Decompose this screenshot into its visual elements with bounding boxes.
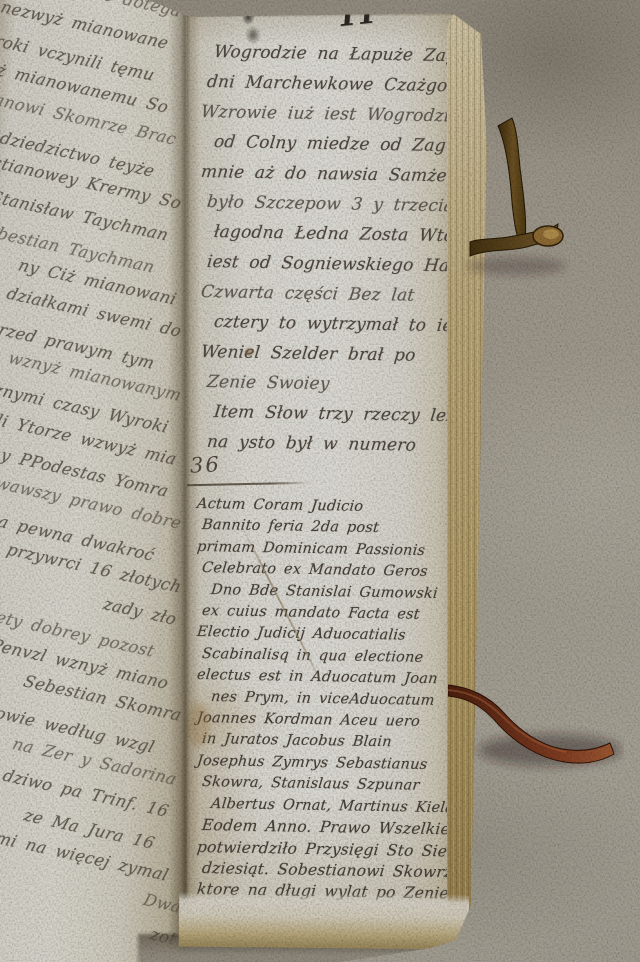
manuscript-line: Weniel Szelder brał po <box>199 337 452 371</box>
stain-dot <box>245 348 253 356</box>
left-page-text: wane dotegaawa nezwyż mianowaneo wyroki … <box>0 0 181 956</box>
right-page: Wogrodzie na Łapuże Zagrodni Marchewkowe… <box>187 13 452 942</box>
manuscript-line: cztery to wytrzymał to iest <box>212 307 452 341</box>
manuscript-line: mnie aż do nawsia Samże <box>199 157 452 191</box>
manuscript-line: było Szczepow 3 y trzecia <box>205 187 452 221</box>
entry-1-text: Wogrodzie na Łapuże Zagrodni Marchewkowe… <box>201 37 451 457</box>
spine-gutter <box>168 0 200 962</box>
left-page: wane dotegaawa nezwyż mianowaneo wyroki … <box>0 0 188 962</box>
manuscript-line: Zenie Swoiey <box>205 367 452 401</box>
manuscript-line: iest od Sogniewskiego Hanusa <box>205 247 452 281</box>
manuscript-line: na ysto był w numero <box>205 427 452 461</box>
leather-tie-bottom <box>448 682 624 806</box>
archival-photo: wane dotegaawa nezwyż mianowaneo wyroki … <box>0 0 640 962</box>
entry-divider <box>187 482 309 487</box>
manuscript-line: Wzrowie iuż iest Wogrodzie <box>199 97 452 131</box>
manuscript-line: dni Marchewkowe Czażgor <box>205 67 452 101</box>
manuscript-line: łagodna Łedna Zosta Wtora <box>212 217 452 251</box>
manuscript-line: Czwarta części Bez lat <box>199 277 452 311</box>
entry-2-text: Actum Coram JudicioBannito feria 2da pos… <box>197 494 449 944</box>
manuscript-line: Item Słow trzy rzeczy leżały <box>212 397 452 431</box>
manuscript-line: od Colny miedze od Zagu <box>212 127 452 161</box>
bottom-page-curl <box>179 891 470 949</box>
leather-tie-top <box>450 98 586 354</box>
